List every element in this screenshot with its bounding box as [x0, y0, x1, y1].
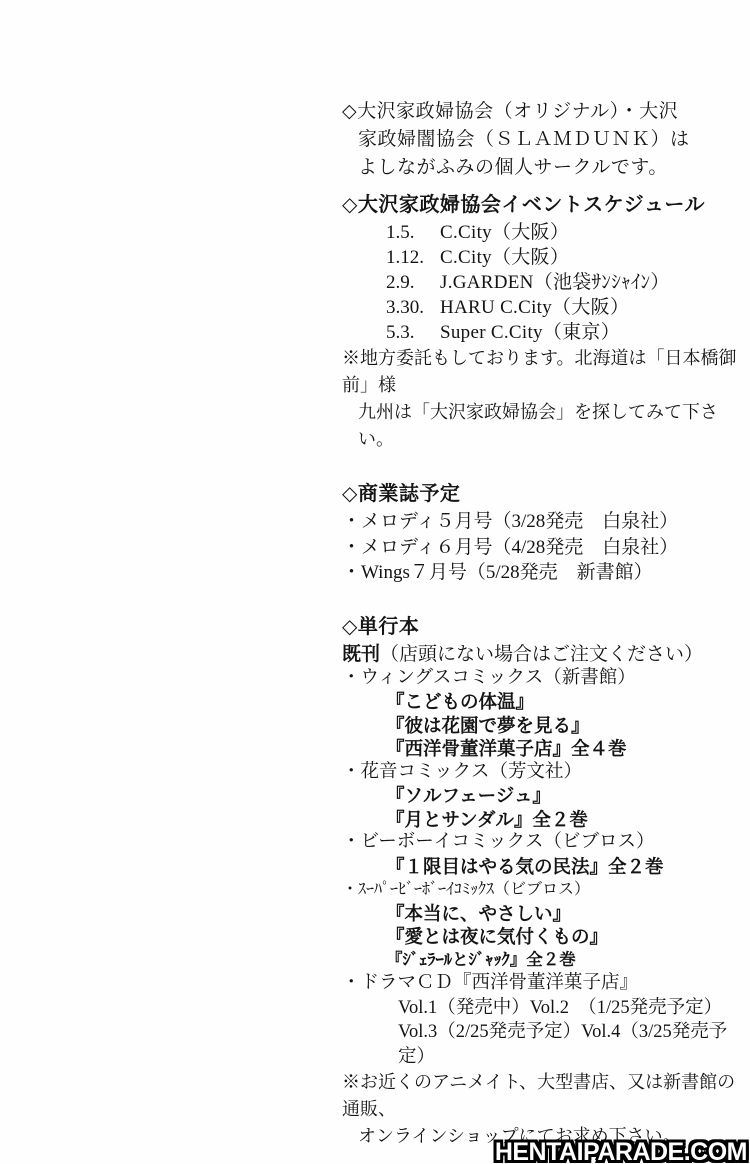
event-date: 5.3. [386, 320, 440, 345]
consignment-note-line-1: ※地方委託もしております。北海道は「日本橋御前」様 [342, 345, 750, 399]
reissue-line: 既刊（店頭にない場合はご注文ください） [342, 642, 750, 667]
book-title: 『本当に、やさしい』 [342, 902, 750, 926]
drama-cd-vol-line-1: Vol.1（発売中）Vol.2 （1/25発売予定） [342, 996, 750, 1021]
circle-info-line-1: ◇大沢家政婦協会（オリジナル）・大沢 [342, 98, 750, 126]
publisher-line-super-beboy-comics: ・ｽｰﾊﾟｰﾋﾞｰﾎﾞｰｲｺﾐｯｸｽ（ビブロス） [342, 878, 750, 902]
purchase-note-line-1: ※お近くのアニメイト、大型書店、又は新書館の通販、 [342, 1069, 750, 1123]
magazine-item: ・メロディ６月号（4/28発売 白泉社） [342, 535, 750, 561]
publisher-line-wings-comics: ・ウィングスコミックス（新書館） [342, 667, 750, 691]
event-name: J.GARDEN（池袋ｻﾝｼｬｲﾝ） [440, 270, 670, 295]
event-name: C.City（大阪） [440, 220, 569, 245]
scanned-doujinshi-info-page: ◇大沢家政婦協会（オリジナル）・大沢 家政婦闇協会（ＳＬＡＭＤＵＮＫ）は よしな… [0, 0, 750, 1164]
circle-info-line-3: よしながふみの個人サークルです。 [342, 154, 750, 182]
event-row: 5.3. Super C.City（東京） [342, 320, 750, 345]
event-date: 1.12. [386, 245, 440, 270]
event-row: 2.9. J.GARDEN（池袋ｻﾝｼｬｲﾝ） [342, 270, 750, 295]
magazine-heading: ◇商業誌予定 [342, 479, 750, 509]
book-title: 『ソルフェージュ』 [342, 784, 750, 808]
book-title: 『愛とは夜に気付くもの』 [342, 925, 750, 949]
consignment-note-line-2: 九州は「大沢家政婦協会」を探してみて下さい。 [342, 399, 750, 453]
event-row: 1.5. C.City（大阪） [342, 220, 750, 245]
reissue-label: 既刊 [342, 644, 380, 665]
magazine-item: ・Wings７月号（5/28発売 新書館） [342, 560, 750, 586]
event-name: Super C.City（東京） [440, 320, 620, 345]
publisher-line-kanon-comics: ・花音コミックス（芳文社） [342, 761, 750, 785]
magazine-section: ◇商業誌予定 ・メロディ５月号（3/28発売 白泉社） ・メロディ６月号（4/2… [342, 479, 750, 586]
event-date: 3.30. [386, 295, 440, 320]
drama-cd-line: ・ドラマＣＤ『西洋骨董洋菓子店』 [342, 972, 750, 996]
event-row: 3.30. HARU C.City（大阪） [342, 295, 750, 320]
text-column: ◇大沢家政婦協会（オリジナル）・大沢 家政婦闇協会（ＳＬＡＭＤＵＮＫ）は よしな… [342, 98, 750, 1150]
event-date: 1.5. [386, 220, 440, 245]
circle-info-line-2: 家政婦闇協会（ＳＬＡＭＤＵＮＫ）は [342, 126, 750, 154]
books-heading: ◇単行本 [342, 612, 750, 642]
book-title: 『こどもの体温』 [342, 690, 750, 714]
event-schedule-section: ◇大沢家政婦協会イベントスケジュール 1.5. C.City（大阪） 1.12.… [342, 190, 750, 453]
event-schedule-heading: ◇大沢家政婦協会イベントスケジュール [342, 190, 750, 220]
book-title: 『１限目はやる気の民法』全２巻 [342, 855, 750, 879]
book-title: 『月とサンダル』全２巻 [342, 808, 750, 832]
event-date: 2.9. [386, 270, 440, 295]
reissue-note: （店頭にない場合はご注文ください） [380, 644, 703, 665]
event-row: 1.12. C.City（大阪） [342, 245, 750, 270]
event-name: HARU C.City（大阪） [440, 295, 629, 320]
book-title: 『彼は花園で夢を見る』 [342, 714, 750, 738]
books-section: ◇単行本 既刊（店頭にない場合はご注文ください） ・ウィングスコミックス（新書館… [342, 612, 750, 1151]
circle-info-block: ◇大沢家政婦協会（オリジナル）・大沢 家政婦闇協会（ＳＬＡＭＤＵＮＫ）は よしな… [342, 98, 750, 182]
book-title: 『西洋骨董洋菓子店』全４巻 [342, 737, 750, 761]
event-name: C.City（大阪） [440, 245, 569, 270]
publisher-line-beboy-comics: ・ビーボーイコミックス（ビブロス） [342, 831, 750, 855]
site-watermark: HENTAIPARADE.COM [495, 1138, 747, 1164]
drama-cd-vol-line-2: Vol.3（2/25発売予定）Vol.4（3/25発売予定） [342, 1020, 750, 1069]
magazine-item: ・メロディ５月号（3/28発売 白泉社） [342, 509, 750, 535]
book-title: 『ｼﾞｪﾗｰﾙとｼﾞｬｯｸ』全２巻 [342, 949, 750, 973]
